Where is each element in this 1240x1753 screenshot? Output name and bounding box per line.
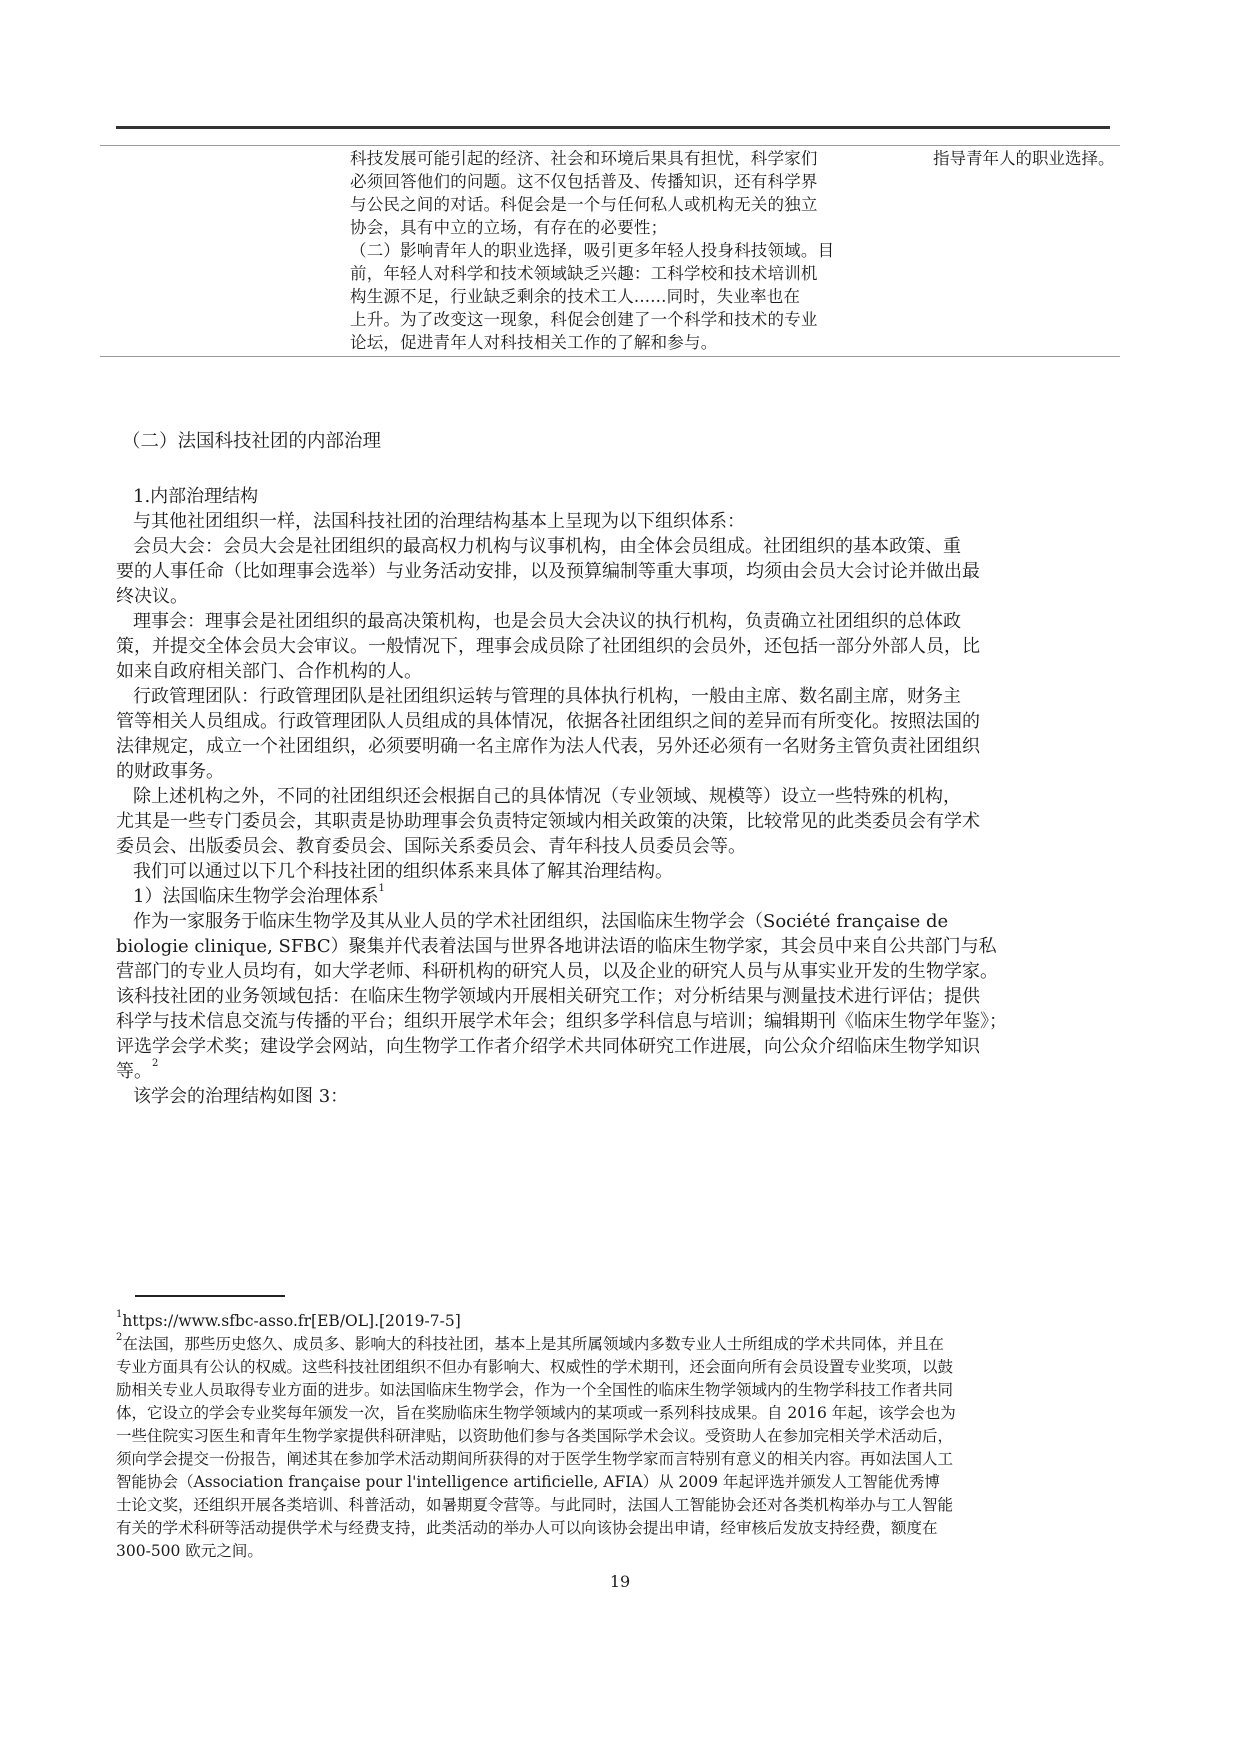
text-line: 管等相关人员组成。行政管理团队人员组成的具体情况，依据各社团组织之间的差异而有所…: [116, 709, 1126, 734]
cell-line: 论坛，促进青年人对科技相关工作的了解和参与。: [350, 331, 905, 354]
text-line: 营部门的专业人员均有，如大学老师、科研机构的研究人员，以及企业的研究人员与从事实…: [116, 959, 1126, 984]
paragraph-general-assembly: 会员大会：会员大会是社团组织的最高权力机构与议事机构，由全体会员组成。社团组织的…: [116, 534, 1126, 609]
text-line: 士论文奖，还组织开展各类培训、科普活动，如暑期夏令营等。与此同时，法国人工智能协…: [116, 1494, 1126, 1517]
text-line: 评选学会学术奖；建设学会网站，向生物学工作者介绍学术共同体研究工作进展，向公众介…: [116, 1034, 1126, 1059]
text-line: 300-500 欧元之间。: [116, 1540, 1126, 1563]
paragraph-board: 理事会：理事会是社团组织的最高决策机构，也是会员大会决议的执行机构，负责确立社团…: [116, 609, 1126, 684]
text-line: 智能协会（Association française pour l'intell…: [116, 1471, 1126, 1494]
text-line: 该科技社团的业务领域包括：在临床生物学领域内开展相关研究工作；对分析结果与测量技…: [116, 984, 1126, 1009]
text-line: 与其他社团组织一样，法国科技社团的治理结构基本上呈现为以下组织体系：: [116, 509, 1126, 534]
footnotes: 1https://www.sfbc-asso.fr[EB/OL].[2019-7…: [116, 1310, 1126, 1563]
text-line: 在法国，那些历史悠久、成员多、影响大的科技社团，基本上是其所属领域内多数专业人士…: [122, 1335, 944, 1353]
page-number: 19: [0, 1572, 1240, 1591]
continued-table: 科技发展可能引起的经济、社会和环境后果具有担忧，科学家们 必须回答他们的问题。这…: [100, 145, 1120, 357]
subheading: 1.内部治理结构: [116, 484, 1126, 509]
text-line: 该学会的治理结构如图 3：: [116, 1084, 1126, 1109]
text-line: 一些住院实习医生和青年生物学家提供科研津贴，以资助他们参与各类国际学术会议。受资…: [116, 1425, 1126, 1448]
text-line: 委员会、出版委员会、教育委员会、国际关系委员会、青年科技人员委员会等。: [116, 834, 1126, 859]
cell-line: 协会，具有中立的立场，有存在的必要性；: [350, 216, 905, 239]
text-line: 体，它设立的学会专业奖每年颁发一次，旨在奖励临床生物学领域内的某项或一系列科技成…: [116, 1402, 1126, 1425]
table-cell-empty: [100, 146, 350, 356]
text-line: 理事会：理事会是社团组织的最高决策机构，也是会员大会决议的执行机构，负责确立社团…: [116, 609, 1126, 634]
paragraph-sfbc: 作为一家服务于临床生物学及其从业人员的学术社团组织，法国临床生物学会（Socié…: [116, 909, 1126, 1084]
text-line: 终决议。: [116, 584, 1126, 609]
paragraph-intro: 我们可以通过以下几个科技社团的组织体系来具体了解其治理结构。: [116, 859, 1126, 884]
text-line: 作为一家服务于临床生物学及其从业人员的学术社团组织，法国临床生物学会（Socié…: [116, 909, 1126, 934]
text-line: 法律规定，成立一个社团组织，必须要明确一名主席作为法人代表，另外还必须有一名财务…: [116, 734, 1126, 759]
cell-line: 与公民之间的对话。科促会是一个与任何私人或机构无关的独立: [350, 193, 905, 216]
text-line: 会员大会：会员大会是社团组织的最高权力机构与议事机构，由全体会员组成。社团组织的…: [116, 534, 1126, 559]
footnote-1: 1https://www.sfbc-asso.fr[EB/OL].[2019-7…: [116, 1310, 1126, 1333]
cell-line: 构生源不足，行业缺乏剩余的技术工人......同时，失业率也在: [350, 285, 905, 308]
paragraph: 与其他社团组织一样，法国科技社团的治理结构基本上呈现为以下组织体系：: [116, 509, 1126, 534]
sfbc-heading-text: 1）法国临床生物学会治理体系: [133, 886, 378, 907]
table-row: 科技发展可能引起的经济、社会和环境后果具有担忧，科学家们 必须回答他们的问题。这…: [100, 146, 1120, 356]
table-cell-description: 科技发展可能引起的经济、社会和环境后果具有担忧，科学家们 必须回答他们的问题。这…: [350, 146, 905, 356]
body-text: 1.内部治理结构 与其他社团组织一样，法国科技社团的治理结构基本上呈现为以下组织…: [116, 484, 1126, 1109]
header-rule: [116, 126, 1110, 129]
text-line: 科学与技术信息交流与传播的平台；组织开展学术年会；组织多学科信息与培训；编辑期刊…: [116, 1009, 1126, 1034]
text-line: 策，并提交全体会员大会审议。一般情况下，理事会成员除了社团组织的会员外，还包括一…: [116, 634, 1126, 659]
figure-reference: 该学会的治理结构如图 3：: [116, 1084, 1126, 1109]
text-line: 的财政事务。: [116, 759, 1126, 784]
paragraph-committees: 除上述机构之外，不同的社团组织还会根据自己的具体情况（专业领域、规模等）设立一些…: [116, 784, 1126, 859]
text-line: 有关的学术科研等活动提供学术与经费支持，此类活动的举办人可以向该协会提出申请，经…: [116, 1517, 1126, 1540]
footnote-link[interactable]: https://www.sfbc-asso.fr[EB/OL].[2019-7-…: [122, 1312, 460, 1330]
text-line: 行政管理团队：行政管理团队是社团组织运转与管理的具体执行机构，一般由主席、数名副…: [116, 684, 1126, 709]
text-line: 尤其是一些专门委员会，其职责是协助理事会负责特定领域内相关政策的决策，比较常见的…: [116, 809, 1126, 834]
text-line: biologie clinique, SFBC）聚集并代表着法国与世界各地讲法语…: [116, 934, 1126, 959]
cell-line: 上升。为了改变这一现象，科促会创建了一个科学和技术的专业: [350, 308, 905, 331]
paragraph-admin-team: 行政管理团队：行政管理团队是社团组织运转与管理的具体执行机构，一般由主席、数名副…: [116, 684, 1126, 784]
text-line: 要的人事任命（比如理事会选举）与业务活动安排，以及预算编制等重大事项，均须由会员…: [116, 559, 1126, 584]
cell-line: 必须回答他们的问题。这不仅包括普及、传播知识，还有科学界: [350, 170, 905, 193]
text-line: 如来自政府相关部门、合作机构的人。: [116, 659, 1126, 684]
text-line: 等。: [116, 1061, 152, 1082]
footnote-separator: [135, 1295, 285, 1297]
cell-line: （二）影响青年人的职业选择，吸引更多年轻人投身科技领域。目: [350, 239, 905, 262]
text-line: 专业方面具有公认的权威。这些科技社团组织不但办有影响大、权威性的学术期刊，还会面…: [116, 1356, 1126, 1379]
cell-line: 科技发展可能引起的经济、社会和环境后果具有担忧，科学家们: [350, 147, 905, 170]
text-line: 我们可以通过以下几个科技社团的组织体系来具体了解其治理结构。: [116, 859, 1126, 884]
footnote-ref-1[interactable]: 1: [378, 883, 384, 894]
section-heading: （二）法国科技社团的内部治理: [122, 427, 381, 453]
text-line: 励相关专业人员取得专业方面的进步。如法国临床生物学会，作为一个全国性的临床生物学…: [116, 1379, 1126, 1402]
text-line: 除上述机构之外，不同的社团组织还会根据自己的具体情况（专业领域、规模等）设立一些…: [116, 784, 1126, 809]
footnote-ref-2[interactable]: 2: [152, 1058, 158, 1069]
sfbc-heading: 1）法国临床生物学会治理体系1: [116, 884, 1126, 909]
table-cell-goal: 指导青年人的职业选择。: [905, 146, 1120, 356]
cell-line: 前，年轻人对科学和技术领域缺乏兴趣：工科学校和技术培训机: [350, 262, 905, 285]
text-line: 须向学会提交一份报告，阐述其在参加学术活动期间所获得的对于医学生物学家而言特别有…: [116, 1448, 1126, 1471]
footnote-2-line: 2在法国，那些历史悠久、成员多、影响大的科技社团，基本上是其所属领域内多数专业人…: [116, 1333, 1126, 1356]
